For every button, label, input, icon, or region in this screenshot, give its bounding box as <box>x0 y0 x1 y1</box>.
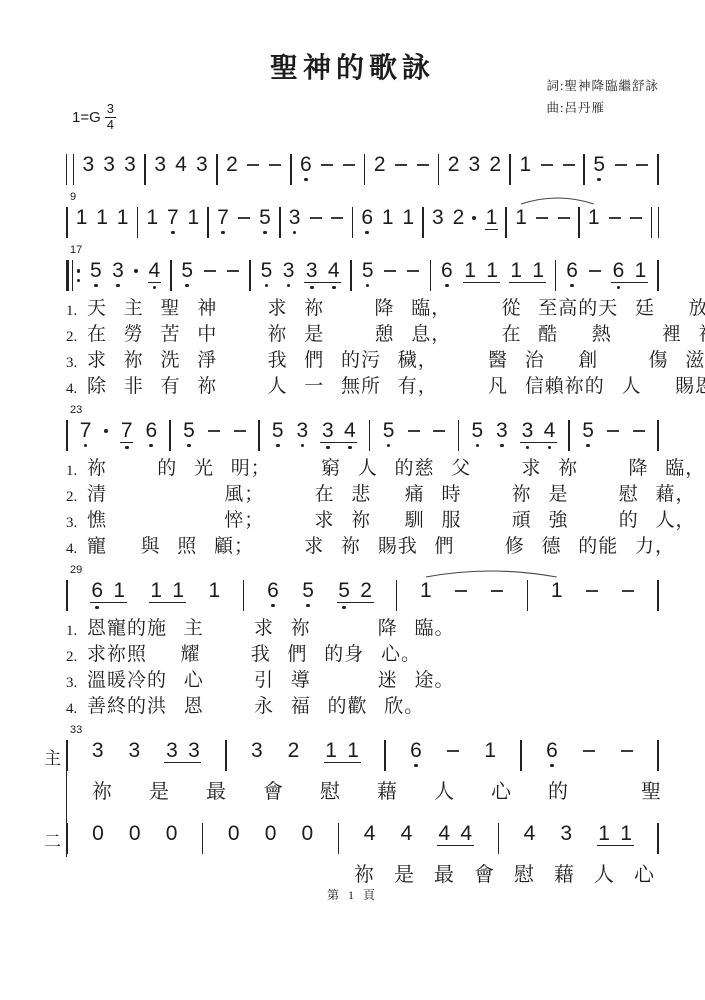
note: 6 <box>546 740 559 767</box>
note-digit: 3 <box>495 420 508 441</box>
note: 1 <box>75 207 88 228</box>
octave-dot-cell <box>321 443 334 449</box>
octave-dot <box>293 231 297 235</box>
dash-continuation <box>620 740 634 771</box>
dash-continuation <box>588 260 602 291</box>
note-digit: 2 <box>360 580 373 601</box>
dash-continuation <box>342 154 356 185</box>
beamed-group: 44 <box>437 823 474 846</box>
note: 5 <box>593 154 606 181</box>
barline <box>66 823 68 854</box>
note-digit: 2 <box>452 207 465 228</box>
note-digit: 1 <box>519 154 532 175</box>
barline <box>66 207 68 238</box>
octave-dot <box>326 446 330 450</box>
barline <box>369 420 371 451</box>
note-digit: 5 <box>471 420 484 441</box>
octave-dot-cell <box>113 603 126 609</box>
octave-dot <box>306 604 310 608</box>
note: 1 <box>381 207 394 228</box>
note-digit: 1 <box>146 207 159 228</box>
note-digit: 5 <box>258 207 271 228</box>
barline <box>509 154 511 185</box>
note: 2 <box>226 154 239 175</box>
verse-number: 2. <box>66 323 87 349</box>
note: 4 <box>363 823 376 844</box>
octave-dot <box>548 446 552 450</box>
barline <box>243 580 245 611</box>
note-digit: 4 <box>438 823 451 844</box>
note-digit: 0 <box>128 823 141 844</box>
note-digit: 1 <box>550 580 563 601</box>
barline <box>657 260 659 291</box>
dash-continuation <box>629 207 643 238</box>
augmentation-dot <box>472 207 477 238</box>
note: 1 <box>484 740 497 761</box>
page-title: 聖神的歌詠 <box>0 0 705 86</box>
dash-continuation <box>490 580 504 611</box>
note-digit: 3 <box>91 740 104 761</box>
barline <box>258 420 260 451</box>
note: 1 <box>515 207 528 228</box>
meta-row: 1=G 3 4 詞:聖神降臨繼舒詠 曲:呂丹雁 <box>66 86 659 138</box>
note-digit: 1 <box>510 260 523 281</box>
note: 7 <box>216 207 229 234</box>
beam-row: 34 <box>320 420 357 443</box>
octave-dot <box>95 606 99 610</box>
music-line: 二00000044444311 <box>66 807 659 854</box>
time-signature: 3 4 <box>105 102 116 133</box>
note-digit: 6 <box>267 580 280 601</box>
octave-dot-cell <box>612 283 625 289</box>
dash-continuation <box>632 420 646 451</box>
octave-dot-row <box>520 443 557 449</box>
barline <box>657 420 659 451</box>
dash-continuation <box>406 260 420 291</box>
beam-row: 11 <box>149 580 186 603</box>
note: 5 <box>181 260 194 287</box>
note-digit: 0 <box>227 823 240 844</box>
dash-continuation <box>226 260 240 291</box>
barline <box>202 823 204 854</box>
note: 2 <box>447 154 460 175</box>
note-digit: 3 <box>560 823 573 844</box>
note-digit: 5 <box>593 154 606 175</box>
beamed-group: 52 <box>337 580 374 609</box>
note: 3 <box>103 154 116 175</box>
octave-dot <box>617 286 621 290</box>
measure-number: 29 <box>70 564 82 576</box>
double-barline <box>66 154 74 185</box>
measure-number: 9 <box>70 191 76 203</box>
octave-dot <box>301 444 305 448</box>
note-digit: 1 <box>419 580 432 601</box>
octave-dot <box>221 231 225 235</box>
part-label: 主 <box>44 744 61 769</box>
dash-continuation <box>585 580 599 611</box>
note: 5 <box>582 420 595 447</box>
note: 0 <box>91 823 104 844</box>
note: 3 <box>250 740 263 761</box>
beam-row: 11 <box>509 260 546 283</box>
beamed-group: 61 <box>611 260 648 289</box>
score: 33334326223215 911117175361132111 175345… <box>66 138 659 890</box>
note-digit: 1 <box>325 740 338 761</box>
octave-dot <box>265 284 269 288</box>
note: 3 <box>195 154 208 175</box>
octave-dot <box>263 231 267 235</box>
octave-dot <box>171 231 175 235</box>
barline <box>384 740 386 771</box>
dash-continuation <box>562 154 576 185</box>
beam-row: 11 <box>324 740 361 763</box>
lyric-line: 1.恩寵的施 主 求 祢 降 臨。 <box>66 617 659 643</box>
octave-dot-cell <box>338 603 351 609</box>
barline <box>505 207 507 238</box>
octave-dot <box>84 444 88 448</box>
octave-dot <box>287 284 291 288</box>
lyricist-line: 詞:聖神降臨繼舒詠 <box>547 76 660 98</box>
dash-continuation <box>203 260 217 291</box>
note: 1 <box>485 207 498 230</box>
note-digit: 3 <box>296 420 309 441</box>
barline <box>207 207 209 238</box>
note-digit: 1 <box>634 260 647 281</box>
lyric-text: 寵 與 照 顧； 求 祢 賜我 們 修 德 的能 力， <box>87 535 675 561</box>
dash-continuation <box>621 580 635 611</box>
barline <box>350 260 352 291</box>
time-beat-unit: 4 <box>107 118 114 133</box>
dash-continuation <box>309 207 323 238</box>
beam-row: 44 <box>437 823 474 846</box>
beam-row: 11 <box>463 260 500 283</box>
note: 3 <box>128 740 141 761</box>
beam-row: 61 <box>611 260 648 283</box>
barline <box>225 740 227 771</box>
barline <box>279 207 281 238</box>
note-digit: 6 <box>361 207 374 228</box>
note: 5 <box>258 207 271 234</box>
note: 2 <box>373 154 386 175</box>
note-digit: 5 <box>181 260 194 281</box>
note-digit: 1 <box>515 207 528 228</box>
notation-row: 二00000044444311 <box>66 823 659 854</box>
lyric-text: 溫暖冷的 心 引 導 迷 途。 <box>87 669 455 695</box>
lyric-text: 在 勞 苦 中 祢 是 憩 息， 在 酷 熱 裡 祢是 <box>87 323 705 349</box>
octave-dot <box>149 444 153 448</box>
note: 2 <box>489 154 502 175</box>
barline <box>290 154 292 185</box>
note-digit: 4 <box>400 823 413 844</box>
page-number: 第 1 頁 <box>0 886 705 903</box>
note-digit: 6 <box>409 740 422 761</box>
barline <box>364 154 366 185</box>
dash-continuation <box>606 420 620 451</box>
verse-number: 2. <box>66 483 87 509</box>
lyric-text: 祢 的 光 明； 窮 人 的慈 父 求 祢 降 臨， <box>87 457 705 483</box>
verse-number: 2. <box>66 643 87 669</box>
notation-row: 主33333211616 <box>66 740 659 771</box>
notation-row: 61111655211 <box>66 580 659 611</box>
beamed-group: 11 <box>509 260 546 283</box>
lyric-line: 4.除 非 有 祢 人 一 無所 有， 凡 信賴祢的 人 賜恩 <box>66 375 659 401</box>
note-digit: 5 <box>89 260 102 281</box>
lyric-line: 2.在 勞 苦 中 祢 是 憩 息， 在 酷 熱 裡 祢是 <box>66 323 659 349</box>
note: 6 <box>267 580 280 607</box>
note: 3 <box>431 207 444 228</box>
dash-continuation <box>394 154 408 185</box>
note-digit: 3 <box>165 740 178 761</box>
note: 3 <box>91 740 104 761</box>
lyric-line: 1.天 主 聖 神 求 祢 降 臨， 從 至高的天 廷 放射 <box>66 297 659 323</box>
note: 0 <box>227 823 240 844</box>
dash-continuation <box>535 207 549 238</box>
note-digit: 1 <box>620 823 633 844</box>
octave-dot <box>185 284 189 288</box>
note: 7 <box>79 420 92 447</box>
note-digit: 6 <box>299 154 312 175</box>
note-digit: 4 <box>543 420 556 441</box>
octave-dot <box>310 286 314 290</box>
note: 5 <box>182 420 195 447</box>
octave-dot-cell <box>327 283 340 289</box>
dash-continuation <box>246 154 260 185</box>
beamed-group: 11 <box>324 740 361 763</box>
note: 4 <box>523 823 536 844</box>
dash-continuation <box>237 207 251 238</box>
note-digit: 1 <box>96 207 109 228</box>
verse-number: 1. <box>66 457 87 483</box>
lyric-text: 求祢照 耀 我 們 的身 心。 <box>87 643 421 669</box>
dash-continuation <box>268 154 282 185</box>
dash-continuation <box>416 154 430 185</box>
note-digit: 2 <box>226 154 239 175</box>
barline <box>568 420 570 451</box>
note-digit: 3 <box>103 154 116 175</box>
note-digit: 1 <box>485 207 498 230</box>
note: 0 <box>128 823 141 844</box>
note-digit: 5 <box>271 420 284 441</box>
octave-dot <box>586 444 590 448</box>
note: 1 <box>187 207 200 228</box>
note-digit: 3 <box>305 260 318 281</box>
dash-continuation <box>207 420 221 451</box>
composer-line: 曲:呂丹雁 <box>547 98 660 120</box>
octave-dot <box>366 284 370 288</box>
note-digit: 1 <box>116 207 129 228</box>
verse-number: 1. <box>66 297 87 323</box>
note: 6 <box>440 260 453 287</box>
beamed-group: 34 <box>320 420 357 449</box>
note-digit: 4 <box>363 823 376 844</box>
note-digit: 0 <box>264 823 277 844</box>
time-beats: 3 <box>105 102 116 118</box>
lyric-line: 2.清 風； 在 悲 痛 時 祢 是 慰 藉， <box>66 483 659 509</box>
barline <box>352 207 354 238</box>
note-digit: 3 <box>282 260 295 281</box>
note-digit: 1 <box>208 580 221 601</box>
note-digit: 5 <box>338 580 351 601</box>
dash-continuation <box>540 154 554 185</box>
note: 2 <box>452 207 465 228</box>
octave-dot <box>342 606 346 610</box>
notation-row: 77655334553345 <box>66 420 659 451</box>
dash-continuation <box>582 740 596 771</box>
barline <box>249 260 251 291</box>
lyric-line: 1.祢 的 光 明； 窮 人 的慈 父 求 祢 降 臨， <box>66 457 659 483</box>
note-digit: 1 <box>486 260 499 281</box>
note-digit: 7 <box>166 207 179 228</box>
beamed-group: 11 <box>597 823 634 846</box>
beam-row: 11 <box>597 823 634 846</box>
octave-dot-row <box>320 443 357 449</box>
barline <box>578 207 580 238</box>
note-digit: 1 <box>187 207 200 228</box>
note-digit: 4 <box>148 260 161 283</box>
barline <box>438 154 440 185</box>
note-digit: 3 <box>195 154 208 175</box>
note-digit: 0 <box>165 823 178 844</box>
note-digit: 3 <box>321 420 334 441</box>
octave-dot <box>153 286 157 290</box>
verse-block: 1.恩寵的施 主 求 祢 降 臨。2.求祢照 耀 我 們 的身 心。3.溫暖冷的… <box>66 617 659 721</box>
note-digit: 5 <box>260 260 273 281</box>
dash-continuation <box>557 207 571 238</box>
octave-dot <box>116 284 120 288</box>
verse-block: 1.祢 的 光 明； 窮 人 的慈 父 求 祢 降 臨，2.清 風； 在 悲 痛… <box>66 457 659 561</box>
note-digit: 1 <box>402 207 415 228</box>
note-digit: 3 <box>154 154 167 175</box>
note-digit: 7 <box>79 420 92 441</box>
note: 1 <box>419 580 432 601</box>
notation-row: 33334326223215 <box>66 154 659 185</box>
note: 3 <box>154 154 167 175</box>
octave-dot <box>570 284 574 288</box>
note-digit: 1 <box>75 207 88 228</box>
verse-number: 4. <box>66 375 87 401</box>
beamed-group: 34 <box>520 420 557 449</box>
note: 3 <box>282 260 295 287</box>
barline <box>458 420 460 451</box>
barline <box>657 154 659 185</box>
note: 5 <box>302 580 315 607</box>
octave-dot-row <box>611 283 648 289</box>
note-digit: 1 <box>150 580 163 601</box>
octave-dot-cell <box>305 283 318 289</box>
beamed-group: 11 <box>149 580 186 603</box>
note: 4 <box>174 154 187 175</box>
note: 1 <box>208 580 221 601</box>
dash-continuation <box>635 154 649 185</box>
octave-dot <box>365 231 369 235</box>
note-digit: 3 <box>288 207 301 228</box>
composer-name: 呂丹雁 <box>564 101 605 115</box>
note-digit: 4 <box>174 154 187 175</box>
music-line: 33主33333211616 <box>66 724 659 771</box>
note-digit: 5 <box>182 420 195 441</box>
octave-dot <box>414 764 418 768</box>
note: 6 <box>409 740 422 767</box>
octave-dot <box>187 444 191 448</box>
barline <box>169 420 171 451</box>
note: 3 <box>288 207 301 234</box>
octave-dot <box>348 446 352 450</box>
measure-number: 17 <box>70 244 82 256</box>
note-digit: 3 <box>123 154 136 175</box>
note: 7 <box>120 420 133 449</box>
octave-dot-row <box>337 603 374 609</box>
note-digit: 4 <box>343 420 356 441</box>
octave-dot <box>276 444 280 448</box>
notation-row: 11117175361132111 <box>66 207 659 238</box>
octave-dot <box>526 446 530 450</box>
note-digit: 6 <box>612 260 625 281</box>
octave-dot-cell <box>343 443 356 449</box>
barline <box>657 823 659 854</box>
note-digit: 3 <box>82 154 95 175</box>
lyric-line: 3.求 祢 洗 淨 我 們 的污 穢， 醫 治 創 傷 滋潤 <box>66 349 659 375</box>
note-digit: 2 <box>287 740 300 761</box>
octave-dot <box>304 178 308 182</box>
two-part-system: 33主33333211616 祢 是 最 會 慰 藉 人 心 的 聖 神， 二0… <box>66 724 659 890</box>
note: 3 <box>495 420 508 447</box>
note-digit: 1 <box>587 207 600 228</box>
note: 5 <box>382 420 395 447</box>
note-digit: 3 <box>468 154 481 175</box>
note-digit: 6 <box>546 740 559 761</box>
note-digit: 1 <box>464 260 477 281</box>
note: 5 <box>361 260 374 287</box>
lyric-text: 憔 悴； 求 祢 馴 服 頑 強 的 人， <box>87 509 696 535</box>
dash-continuation <box>446 740 460 771</box>
note-digit: 5 <box>302 580 315 601</box>
note-digit: 1 <box>381 207 394 228</box>
octave-dot <box>500 444 504 448</box>
octave-dot-cell <box>360 603 373 609</box>
lyric-text: 天 主 聖 神 求 祢 降 臨， 從 至高的天 廷 放射 <box>87 297 705 323</box>
note-digit: 6 <box>440 260 453 281</box>
note-digit: 3 <box>112 260 125 281</box>
note: 5 <box>260 260 273 287</box>
note-digit: 6 <box>566 260 579 281</box>
barline <box>527 580 529 611</box>
octave-dot <box>271 604 275 608</box>
note: 3 <box>112 260 125 287</box>
barline <box>216 154 218 185</box>
verse-block: 1.天 主 聖 神 求 祢 降 臨， 從 至高的天 廷 放射2.在 勞 苦 中 … <box>66 297 659 401</box>
lyric-text: 求 祢 洗 淨 我 們 的污 穢， 醫 治 創 傷 滋潤 <box>87 349 705 375</box>
note-digit: 3 <box>187 740 200 761</box>
octave-dot-cell <box>634 283 647 289</box>
note-digit: 1 <box>598 823 611 844</box>
lyric-line: 3.憔 悴； 求 祢 馴 服 頑 強 的 人， <box>66 509 659 535</box>
octave-dot <box>125 446 129 450</box>
note-digit: 1 <box>113 580 126 601</box>
barline <box>66 580 68 611</box>
dash-continuation <box>330 207 344 238</box>
barline <box>396 580 398 611</box>
lyric-text: 清 風； 在 悲 痛 時 祢 是 慰 藉， <box>87 483 696 509</box>
lyric-text: 除 非 有 祢 人 一 無所 有， 凡 信賴祢的 人 賜恩 <box>87 375 705 401</box>
verse-number: 1. <box>66 617 87 643</box>
barline <box>422 207 424 238</box>
note: 1 <box>96 207 109 228</box>
note: 7 <box>166 207 179 234</box>
lyric-line: 3.溫暖冷的 心 引 導 迷 途。 <box>66 669 659 695</box>
note: 5 <box>471 420 484 447</box>
sheet-music-page: 聖神的歌詠 1=G 3 4 詞:聖神降臨繼舒詠 曲:呂丹雁 3333432622… <box>0 0 705 1000</box>
octave-dot <box>476 444 480 448</box>
